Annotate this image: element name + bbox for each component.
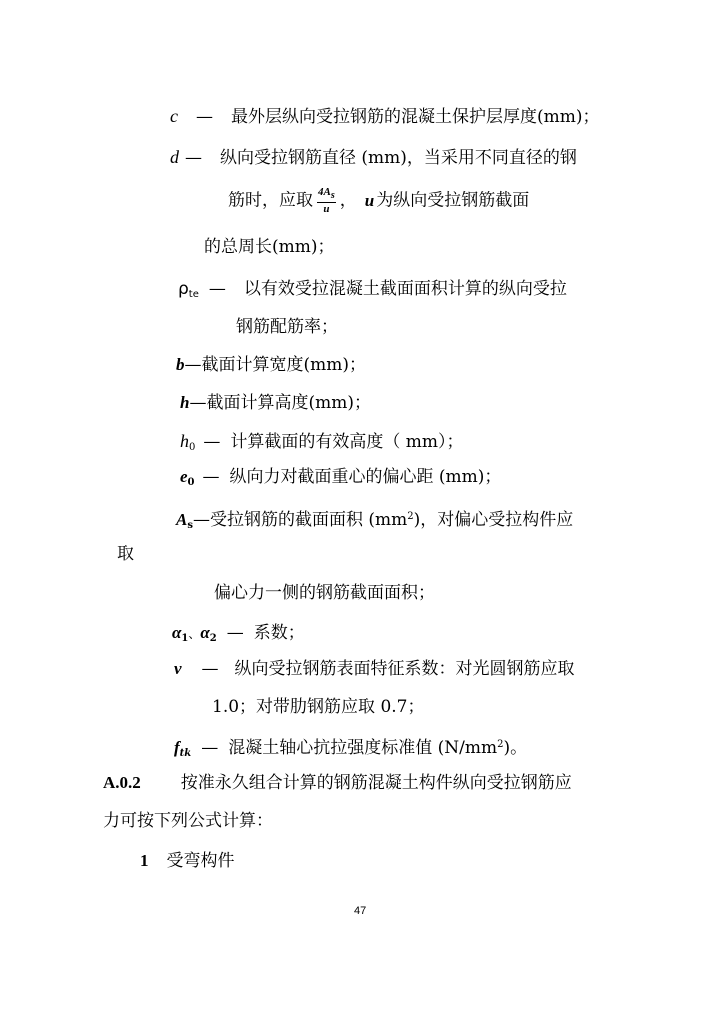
section-text: 按准永久组合计算的钢筋混凝土构件纵向受拉钢筋应 — [181, 773, 572, 793]
em-dash: — — [227, 623, 244, 643]
symbol-h: h — [180, 431, 189, 451]
definition-As-wrap: 取 — [117, 543, 134, 565]
definition-As-continued: 偏心力一侧的钢筋截面面积； — [214, 582, 435, 604]
definition-text: 纵向受拉钢筋表面特征系数：对光圆钢筋应取 — [235, 659, 575, 679]
definition-text: 筋时，应取 — [228, 191, 313, 211]
em-dash: — — [193, 510, 210, 530]
definition-text: 1.0；对带肋钢筋应取 0.7； — [212, 697, 424, 717]
em-dash: — — [203, 432, 220, 452]
definition-text: 截面计算高度(mm)； — [206, 393, 371, 413]
definition-d: d—纵向受拉钢筋直径 (mm)，当采用不同直径的钢 — [170, 146, 577, 169]
section-A02-continued: 力可按下列公式计算： — [103, 810, 273, 832]
definition-text: 计算截面的有效高度（ mm）； — [230, 432, 463, 452]
definition-nu: ν—纵向受拉钢筋表面特征系数：对光圆钢筋应取 — [174, 658, 575, 680]
item-text: 受弯构件 — [167, 851, 235, 871]
list-item-1: 1受弯构件 — [140, 850, 235, 872]
symbol-rho: ρ — [178, 279, 189, 299]
symbol-c: c — [170, 106, 178, 126]
definition-text: 受拉钢筋的截面面积 (mm — [210, 510, 407, 530]
definition-text: 的总周长(mm)； — [204, 237, 335, 257]
definition-As: As—受拉钢筋的截面面积 (mm2)，对偏心受拉构件应 — [176, 506, 573, 537]
symbol-nu: ν — [174, 659, 182, 678]
symbol-b: b — [176, 355, 185, 374]
definition-b: b—截面计算宽度(mm)； — [176, 354, 366, 376]
section-number: A.0.2 — [103, 773, 141, 792]
em-dash: — — [209, 279, 226, 299]
symbol-A: A — [176, 510, 187, 529]
definition-text: 截面计算宽度(mm)； — [202, 355, 367, 375]
symbol-d: d — [170, 147, 179, 167]
definition-text: 为纵向受拉钢筋截面 — [376, 191, 529, 211]
definition-ftk: ftk—混凝土轴心抗拉强度标准值 (N/mm2)。 — [174, 734, 527, 765]
definition-text: 纵向受拉钢筋直径 (mm)，当采用不同直径的钢 — [220, 148, 577, 168]
definition-d-continued-2: 的总周长(mm)； — [204, 236, 335, 258]
section-A02: A.0.2按准永久组合计算的钢筋混凝土构件纵向受拉钢筋应 — [103, 772, 572, 794]
definition-rho-te-continued: 钢筋配筋率； — [236, 316, 338, 338]
definition-d-continued: 筋时，应取4Asu，u为纵向受拉钢筋截面 — [228, 186, 529, 216]
definition-text-end: )，对偏心受拉构件应 — [414, 510, 574, 530]
subscript: te — [189, 289, 199, 300]
definition-h: h—截面计算高度(mm)； — [180, 392, 371, 414]
definition-text: 钢筋配筋率； — [236, 317, 338, 337]
em-dash: — — [203, 467, 220, 487]
definition-text: 纵向力对截面重心的偏心距 (mm)； — [230, 467, 502, 487]
page-number: 47 — [354, 905, 366, 917]
symbol-e: e — [180, 467, 188, 486]
section-text: 力可按下列公式计算： — [103, 811, 273, 831]
symbol-alpha1: α — [172, 623, 181, 642]
definition-e0: e0—纵向力对截面重心的偏心距 (mm)； — [180, 466, 501, 494]
definition-nu-continued: 1.0；对带肋钢筋应取 0.7； — [212, 696, 424, 718]
definition-alpha: α1、α2—系数； — [172, 622, 305, 650]
subscript: 0 — [189, 442, 195, 453]
definition-text: 最外层纵向受拉钢筋的混凝土保护层厚度(mm)； — [231, 107, 600, 127]
definition-text: 偏心力一侧的钢筋截面面积； — [214, 583, 435, 603]
symbol-alpha2: α — [200, 623, 209, 642]
definition-text-end: )。 — [504, 738, 528, 758]
definition-rho-te: ρte—以有效受拉混凝土截面面积计算的纵向受拉 — [178, 278, 567, 306]
definition-text: 以有效受拉混凝土截面面积计算的纵向受拉 — [244, 279, 567, 299]
definition-h0: h0—计算截面的有效高度（ mm）； — [180, 430, 464, 459]
item-number: 1 — [140, 851, 149, 870]
subscript: 0 — [188, 477, 195, 488]
definition-c: c—最外层纵向受拉钢筋的混凝土保护层厚度(mm)； — [170, 105, 600, 128]
em-dash: — — [185, 148, 202, 168]
em-dash: — — [189, 393, 206, 413]
fraction-4As-over-u: 4Asu — [317, 186, 336, 216]
symbol-u: u — [365, 191, 374, 210]
definition-text: 混凝土轴心抗拉强度标准值 (N/mm — [228, 738, 497, 758]
definition-text: 取 — [117, 544, 134, 564]
em-dash: — — [201, 738, 218, 758]
em-dash: — — [185, 355, 202, 375]
definition-text: 系数； — [254, 623, 305, 643]
em-dash: — — [196, 107, 213, 127]
em-dash: — — [202, 659, 219, 679]
